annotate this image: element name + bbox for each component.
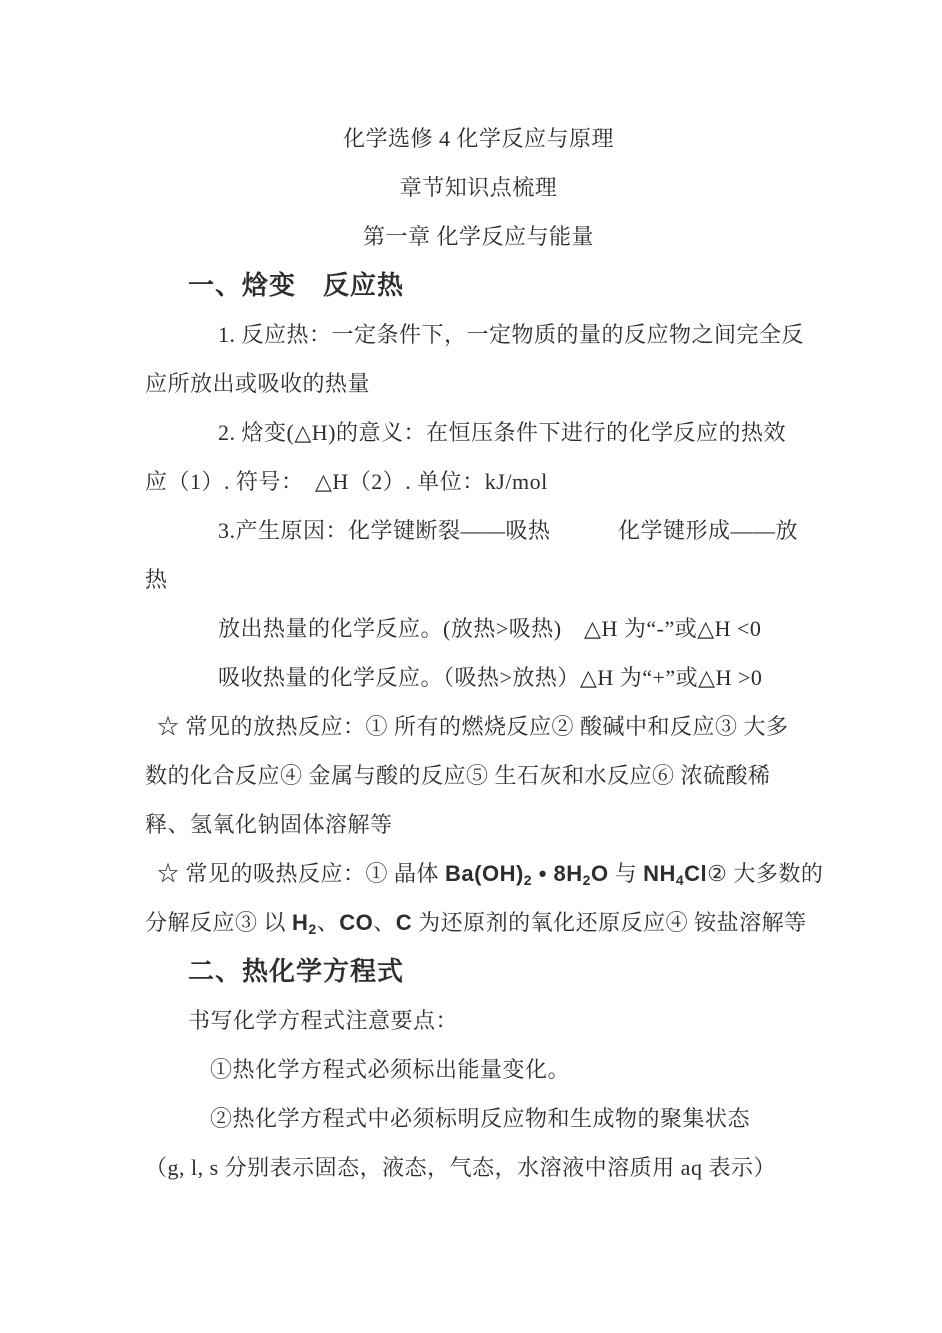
formula-subscript: 2 (308, 921, 316, 937)
note-intro-line: 书写化学方程式注意要点： (145, 996, 812, 1045)
doc-title: 化学选修 4 化学反应与原理 (145, 114, 812, 163)
note-point-2-line-1: ②热化学方程式中必须标明反应物和生成物的聚集状态 (145, 1094, 812, 1143)
point-1-line-2: 应所放出或吸收的热量 (145, 359, 812, 408)
endothermic-line: 吸收热量的化学反应。（吸热>放热）△H 为“+”或△H >0 (145, 653, 812, 702)
formula-subscript: 2 (583, 872, 591, 888)
chapter-heading: 第一章 化学反应与能量 (145, 212, 812, 261)
text-segment: 与 (609, 861, 644, 886)
exothermic-line: 放出热量的化学反应。(放热>吸热) △H 为“-”或△H <0 (145, 604, 812, 653)
point-2-line-2: 应（1）. 符号： △H（2）. 单位：kJ/mol (145, 457, 812, 506)
point-2-line-1: 2. 焓变(△H)的意义：在恒压条件下进行的化学反应的热效 (145, 408, 812, 457)
formula-nh: NH (643, 861, 676, 886)
point-3-line-1: 3.产生原因：化学键断裂——吸热 化学键形成——放 (145, 506, 812, 555)
text-segment: ☆ 常见的吸热反应：① 晶体 (157, 861, 445, 886)
doc-subtitle: 章节知识点梳理 (145, 163, 812, 212)
point-3-line-2: 热 (145, 555, 812, 604)
note-point-1: ①热化学方程式必须标出能量变化。 (145, 1045, 812, 1094)
formula-cl: Cl (684, 861, 707, 886)
formula-subscript: 2 (524, 872, 532, 888)
formula-co: CO (339, 910, 373, 935)
formula-ba-oh2: Ba(OH) (445, 861, 524, 886)
section-1-heading: 一、焓变 反应热 (145, 261, 812, 310)
formula-c: C (396, 910, 412, 935)
formula-8h2o: • 8H (532, 861, 583, 886)
formula-o: O (591, 861, 609, 886)
star-exothermic-line-3: 释、氢氧化钠固体溶解等 (145, 800, 812, 849)
star-exothermic-line-2: 数的化合反应④ 金属与酸的反应⑤ 生石灰和水反应⑥ 浓硫酸稀 (145, 751, 812, 800)
formula-subscript: 4 (676, 872, 684, 888)
document-page: 化学选修 4 化学反应与原理 章节知识点梳理 第一章 化学反应与能量 一、焓变 … (0, 0, 942, 1333)
text-segment: 分解反应③ 以 (145, 910, 292, 935)
text-segment: 、 (373, 910, 396, 935)
text-segment: 为还原剂的氧化还原反应④ 铵盐溶解等 (412, 910, 807, 935)
text-segment: ② 大多数的 (707, 861, 823, 886)
point-1-line-1: 1. 反应热：一定条件下，一定物质的量的反应物之间完全反 (145, 310, 812, 359)
formula-h: H (292, 910, 308, 935)
star-endothermic-line-1: ☆ 常见的吸热反应：① 晶体 Ba(OH)2 • 8H2O 与 NH4Cl② 大… (145, 849, 812, 898)
section-2-heading: 二、热化学方程式 (145, 947, 812, 996)
note-point-2-line-2: （g, l, s 分别表示固态，液态，气态，水溶液中溶质用 aq 表示） (145, 1143, 812, 1192)
star-exothermic-line-1: ☆ 常见的放热反应：① 所有的燃烧反应② 酸碱中和反应③ 大多 (145, 702, 812, 751)
star-endothermic-line-2: 分解反应③ 以 H2、CO、C 为还原剂的氧化还原反应④ 铵盐溶解等 (145, 898, 812, 947)
text-segment: 、 (317, 910, 340, 935)
